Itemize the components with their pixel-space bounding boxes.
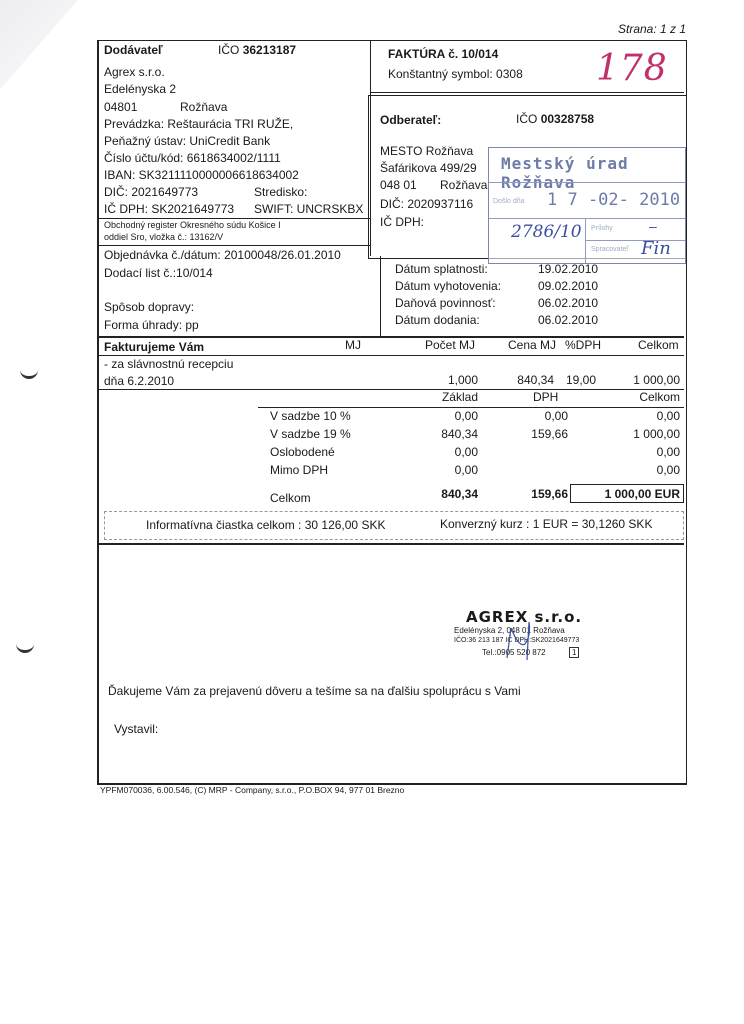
items-header-desc: Fakturujeme Vám [104,340,204,354]
summary-total-vat: 159,66 [500,487,568,501]
grand-total: 1 000,00 EUR [572,487,680,501]
supplier-bank: Peňažný ústav: UniCredit Bank [104,134,270,148]
summary-total-label: Celkom [270,491,311,505]
item-unit-price: 840,34 [490,373,554,387]
divider [97,355,684,356]
supplier-label: Dodávateľ [104,43,163,57]
divider [97,543,684,545]
date-label: Dátum vyhotovenia: [395,279,501,293]
stamp-received-label: Došlo dňa [493,198,525,205]
supplier-register-1: Obchodný register Okresného súdu Košice … [104,220,281,230]
handwritten-number: 178 [596,48,668,89]
customer-ic-dph: IČ DPH: [380,215,424,229]
customer-ico-label: IČO [516,112,537,126]
summary-header-total: Celkom [600,390,680,404]
conversion-rate: Konverzný kurz : 1 EUR = 30,1260 SKK [440,517,652,531]
supplier-city: Rožňava [180,100,227,114]
date-label: Dátum splatnosti: [395,262,488,276]
summary-base: 0,00 [400,409,478,423]
stamp-attachments-value: – [649,218,657,234]
divider [258,407,684,408]
summary-label: Mimo DPH [270,463,328,477]
stamp-attachments-label: Prílohy [591,225,613,232]
supplier-swift: SWIFT: UNCRSKBX [254,202,363,216]
punch-hole-mark [16,642,34,653]
customer-ico: IČO 00328758 [516,112,594,126]
supplier-dic: DIČ: 2021649773 [104,185,198,199]
divider [97,218,370,219]
page-indicator: Strana: 1 z 1 [618,22,686,36]
summary-base: 0,00 [400,445,478,459]
issued-by-label: Vystavil: [114,722,158,736]
summary-header-vat: DPH [533,390,558,404]
items-header-mj: MJ [345,338,361,352]
divider [370,92,684,93]
summary-total: 0,00 [600,463,680,477]
customer-name: MESTO Rožňava [380,144,473,158]
summary-base: 0,00 [400,463,478,477]
date-value: 19.02.2010 [538,262,598,276]
summary-label: V sadzbe 19 % [270,427,351,441]
punch-hole-mark [20,368,38,379]
customer-ico-value: 00328758 [541,112,594,126]
divider [380,256,381,336]
company-stamp-box-number: 1 [569,647,579,658]
payment-method: Forma úhrady: pp [104,318,199,332]
item-desc-line1: - za slávnostnú recepciu [104,357,233,371]
supplier-ic-dph: IČ DPH: SK2021649773 [104,202,234,216]
customer-label: Odberateľ: [380,113,441,127]
date-value: 06.02.2010 [538,296,598,310]
customer-dic: DIČ: 2020937116 [380,197,473,211]
summary-total: 0,00 [600,409,680,423]
supplier-ico-value: 36213187 [243,43,296,57]
supplier-street: Edelényska 2 [104,82,176,96]
stamp-handler-label: Spracovateľ [591,246,628,253]
signature-scribble [505,618,545,662]
summary-total-base: 840,34 [400,487,478,501]
stamp-divider [489,182,685,183]
supplier-ico: IČO 36213187 [218,43,296,57]
delivery-note: Dodací list č.:10/014 [104,266,213,280]
summary-label: V sadzbe 10 % [270,409,351,423]
summary-header-base: Základ [420,390,478,404]
registry-stamp: Mestský úrad Rožňava Došlo dňa 1 7 -02- … [488,147,686,264]
date-label: Dátum dodania: [395,313,480,327]
summary-base: 840,34 [400,427,478,441]
supplier-zip: 04801 [104,100,137,114]
customer-zip: 048 01 [380,178,417,192]
transport-method: Spôsob dopravy: [104,300,194,314]
footer-text: YPFM070036, 6.00.546, (C) MRP - Company,… [100,785,404,795]
stamp-date: 1 7 -02- 2010 [547,190,680,210]
order-reference: Objednávka č./dátum: 20100048/26.01.2010 [104,248,341,262]
invoice-title: FAKTÚRA č. 10/014 [388,47,498,61]
supplier-ico-label: IČO [218,43,239,57]
summary-total: 0,00 [600,445,680,459]
conversion-info-amount: Informatívna čiastka celkom : 30 126,00 … [146,518,385,532]
summary-label: Oslobodené [270,445,335,459]
summary-total: 1 000,00 [600,427,680,441]
date-label: Daňová povinnosť: [395,296,496,310]
supplier-center: Stredisko: [254,185,307,199]
items-header-unit-price: Cena MJ [508,338,556,352]
divider [97,245,370,246]
item-total: 1 000,00 [600,373,680,387]
constant-symbol: Konštantný symbol: 0308 [388,67,523,81]
supplier-iban: IBAN: SK3211110000006618634002 [104,168,299,182]
supplier-branch: Prevádzka: Reštaurácia TRI RUŽE, [104,117,293,131]
supplier-register-2: oddiel Sro, vložka č.: 13162/V [104,232,223,242]
item-vat: 19,00 [556,373,596,387]
stamp-handler-signature: Fin [641,238,671,259]
item-qty: 1,000 [420,373,478,387]
item-desc-line2: dňa 6.2.2010 [104,374,174,388]
supplier-name: Agrex s.r.o. [104,65,165,79]
date-value: 06.02.2010 [538,313,598,327]
stamp-office: Mestský úrad Rožňava [501,154,685,192]
customer-city: Rožňava [440,178,487,192]
date-value: 09.02.2010 [538,279,598,293]
thanks-text: Ďakujeme Vám za prejavenú dôveru a teším… [108,684,521,698]
customer-street: Šafárikova 499/29 [380,161,477,175]
summary-vat: 159,66 [500,427,568,441]
supplier-account: Číslo účtu/kód: 6618634002/1111 [104,151,281,165]
divider [97,389,684,390]
items-header-qty: Počet MJ [425,338,475,352]
items-header-total: Celkom [638,338,679,352]
summary-vat: 0,00 [500,409,568,423]
stamp-reg-number: 2786/10 [511,222,582,242]
items-header-vat: %DPH [565,338,601,352]
